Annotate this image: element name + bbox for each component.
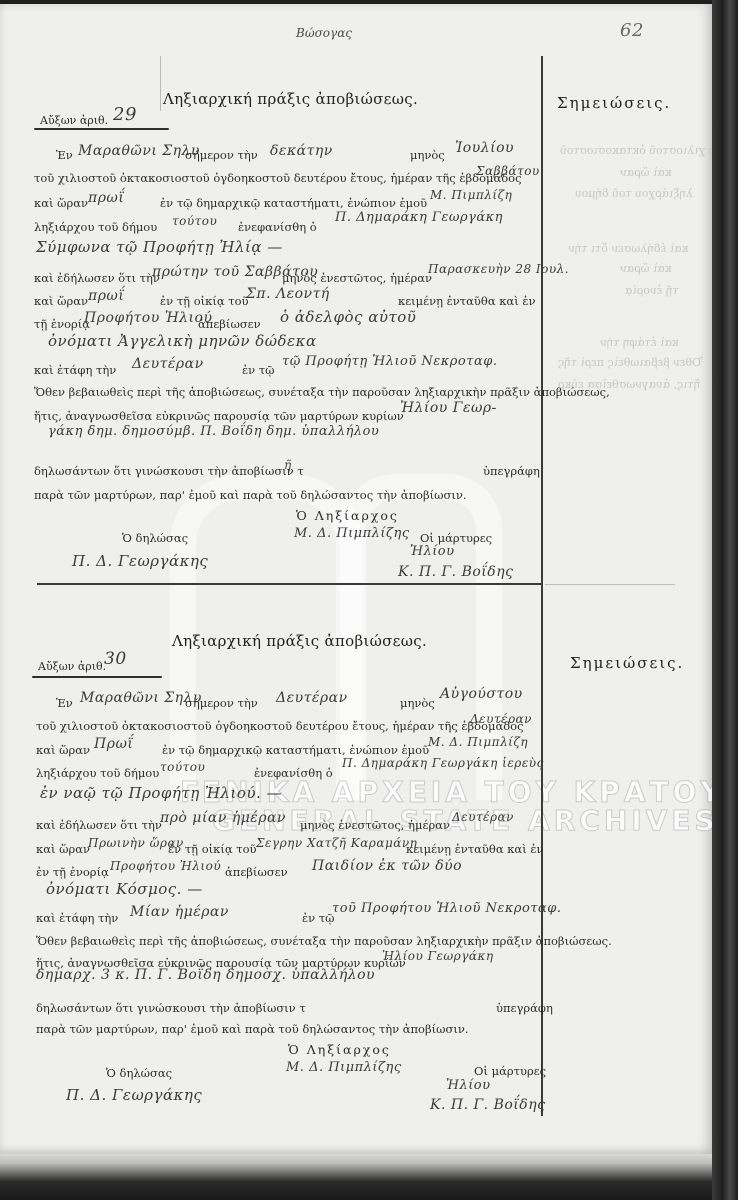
declarant-label: Ὁ δηλώσας bbox=[106, 1066, 172, 1080]
field-hour: πρωΐ bbox=[88, 190, 124, 206]
line-text: παρὰ τῶν μαρτύρων, παρ' ἐμοῦ καὶ παρὰ το… bbox=[34, 488, 467, 502]
field-registrar: Μ. Πιμπλίζη bbox=[430, 188, 512, 202]
handwritten-header: Βώσογας bbox=[296, 26, 352, 40]
ghost-text: καὶ ἐδήλωσεν ὅτι τὴν bbox=[568, 242, 688, 255]
line-text: ἥτις, ἀναγνωσθεῖσα εὐκρινῶς παρουσίᾳ τῶν… bbox=[34, 409, 404, 423]
line-label: τῇ ἐνορίᾳ bbox=[34, 317, 90, 331]
witnesses-label: Οἱ μάρτυρες bbox=[474, 1064, 546, 1078]
serial-number: 30 bbox=[104, 649, 127, 669]
line-label: καὶ ἐτάφη τὴν bbox=[36, 911, 118, 925]
line-label: μηνὸς ἐνεστῶτος, ἡμέραν bbox=[300, 818, 450, 832]
serial-column-divider bbox=[160, 56, 161, 111]
witnesses-label: Οἱ μάρτυρες bbox=[420, 531, 492, 545]
document-page: ΓΕΝΙΚΑ ΑΡΧΕΙΑ ΤΟΥ ΚΡΑΤΟΥΣ GENERAL STATE … bbox=[0, 4, 712, 1154]
page-bottom-edge bbox=[0, 1154, 712, 1200]
field-parish: Προφήτου Ἠλιού bbox=[110, 859, 221, 873]
line-text: δηλωσάντων ὅτι γινώσκουσι τὴν ἀποβίωσιν … bbox=[34, 464, 304, 478]
line-label: καὶ ὥραν bbox=[36, 743, 90, 757]
line-text: ὑπεγράφη bbox=[496, 1001, 553, 1015]
line-label: σήμερον τὴν bbox=[185, 696, 258, 710]
field-municipality: τούτου bbox=[172, 214, 217, 228]
book-binding-edge bbox=[712, 0, 738, 1200]
field-hour: Πρωΐ bbox=[94, 736, 133, 752]
field-month: Αὐγούστου bbox=[440, 686, 523, 702]
field-burial-date: Δευτέραν bbox=[132, 356, 204, 372]
line-text: παρὰ τῶν μαρτύρων, παρ' ἐμοῦ καὶ παρὰ το… bbox=[36, 1022, 469, 1036]
line-label: ἐνεφανίσθη ὁ bbox=[254, 766, 333, 780]
line-label: ἐν τῇ ἐνορίᾳ bbox=[36, 865, 109, 879]
field-death-hour: πρωΐ bbox=[88, 288, 124, 304]
line-text: ἐν τῷ δημαρχικῷ καταστήματι, ἐνώπιον ἐμο… bbox=[160, 196, 427, 210]
registrar-label: Ὁ Ληξίαρχος bbox=[288, 1042, 391, 1057]
line-label: μηνὸς bbox=[400, 696, 435, 710]
ghost-text: ληξιάρχου τοῦ δήμου bbox=[575, 187, 693, 200]
serial-label: Αὔξων ἀριθ. bbox=[38, 660, 106, 673]
field-death-day: Δευτέραν bbox=[452, 810, 514, 824]
line-label: καὶ ἐδήλωσεν ὅτι τὴν bbox=[34, 271, 160, 285]
line-text: κειμένῃ ἐνταῦθα καὶ ἐν bbox=[406, 842, 544, 856]
line-label: καὶ ὥραν bbox=[34, 294, 88, 308]
ghost-text: τοῦ χιλιοστοῦ ὀκτακοσιοστοῦ bbox=[560, 144, 728, 157]
line-label: Ἐν bbox=[56, 696, 73, 710]
field-deceased: Παιδίον ἐκ τῶν δύο bbox=[312, 858, 462, 874]
field-weekday: Δευτέραν bbox=[470, 712, 532, 726]
notes-column-divider bbox=[541, 56, 543, 1116]
field-death-date: πρὸ μίαν ἡμέραν bbox=[160, 810, 286, 826]
field-continuation: ἐν ναῷ τῷ Προφήτῃ Ἠλιού. — bbox=[40, 784, 282, 802]
line-text: τοῦ χιλιοστοῦ ὀκτακοσιοστοῦ ὀγδοηκοστοῦ … bbox=[36, 719, 524, 733]
field-death-day: Παρασκευὴν 28 Ιουλ. bbox=[428, 262, 569, 276]
witness-signature: Κ. Π. Γ. Βοΐδης bbox=[430, 1097, 545, 1113]
field-witnesses: Ἠλίου Γεωργάκη bbox=[382, 949, 494, 963]
field-declarant: Π. Δημαράκη Γεωργάκη ἱερεὺς bbox=[342, 756, 544, 770]
ghost-text: τῇ ἐνορίᾳ bbox=[625, 284, 679, 297]
line-label: καὶ ἐτάφη τὴν bbox=[34, 363, 116, 377]
ghost-text: καὶ ὥραν bbox=[620, 262, 672, 275]
field-registrar: Μ. Δ. Πιμπλίζη bbox=[428, 735, 528, 749]
field-place: Μαραθῶνι Σηλυ bbox=[78, 143, 200, 159]
field-mark: ῆ bbox=[284, 458, 291, 472]
declarant-label: Ὁ δηλώσας bbox=[122, 531, 188, 545]
field-day: Δευτέραν bbox=[276, 690, 348, 706]
field-deceased-name: ὀνόματι Κόσμος. — bbox=[46, 880, 203, 898]
line-text: ὑπεγράφη bbox=[483, 464, 540, 478]
line-label: ἐν τῷ bbox=[242, 363, 275, 377]
field-deceased-name: ὀνόματι Ἀγγελικὴ μηνῶν δώδεκα bbox=[48, 332, 317, 350]
line-label: ἀπεβίωσεν bbox=[225, 865, 288, 879]
line-label: Ἐν bbox=[56, 148, 73, 162]
line-text: Ὅθεν βεβαιωθεὶς περὶ τῆς ἀποβιώσεως, συν… bbox=[36, 934, 612, 948]
page-number: 62 bbox=[620, 20, 644, 41]
registrar-label: Ὁ Ληξίαρχος bbox=[296, 508, 399, 523]
declarant-signature: Π. Δ. Γεωργάκης bbox=[72, 552, 208, 570]
notes-heading: Σημειώσεις. bbox=[570, 654, 684, 672]
serial-label: Αὔξων ἀριθ. bbox=[40, 114, 108, 127]
declarant-signature: Π. Δ. Γεωργάκης bbox=[66, 1086, 202, 1104]
line-label: ἀπεβίωσεν bbox=[198, 317, 261, 331]
record-separator-ghost bbox=[545, 584, 675, 585]
field-cemetery: τῷ Προφήτῃ Ἠλιοῦ Νεκροταφ. bbox=[282, 354, 497, 369]
line-label: καὶ ὥραν bbox=[34, 196, 88, 210]
serial-number: 29 bbox=[113, 104, 137, 125]
line-label: ληξιάρχου τοῦ δήμου bbox=[36, 766, 159, 780]
field-witnesses-cont: γάκη δημ. δημοσύμβ. Π. Βοΐδη δημ. ὑπαλλή… bbox=[48, 424, 379, 439]
line-label: ἐνεφανίσθη ὁ bbox=[238, 220, 317, 234]
line-label: ἐν τῇ οἰκίᾳ τοῦ bbox=[160, 294, 249, 308]
notes-heading: Σημειώσεις. bbox=[557, 94, 671, 112]
registrar-signature: Μ. Δ. Πιμπλίζης bbox=[286, 1060, 402, 1075]
field-witnesses: Ἠλίου Γεωρ- bbox=[400, 400, 497, 416]
witness-signature: Ἠλίου bbox=[446, 1078, 491, 1093]
field-witnesses-cont: δημαρχ. 3 κ. Π. Γ. Βοΐδη δημοσχ. ὑπαλλήλ… bbox=[36, 967, 375, 983]
serial-underline bbox=[34, 128, 169, 130]
witness-signature: Κ. Π. Γ. Βοΐδης bbox=[398, 564, 513, 580]
line-text: τοῦ χιλιοστοῦ ὀκτακοσιοστοῦ ὀγδοηκοστοῦ … bbox=[34, 171, 522, 185]
field-day: δεκάτην bbox=[270, 143, 333, 159]
line-text: κειμένῃ ἐνταῦθα καὶ ἐν bbox=[398, 294, 536, 308]
field-declarant: Π. Δημαράκη Γεωργάκη bbox=[335, 210, 503, 225]
field-burial-date: Μίαν ἡμέραν bbox=[130, 904, 229, 920]
field-cemetery: τοῦ Προφήτου Ἠλιοῦ Νεκροταφ. bbox=[332, 901, 562, 916]
form-title: Ληξιαρχική πράξις ἀποβιώσεως. bbox=[172, 632, 427, 650]
field-continuation: Σύμφωνα τῷ Προφήτῃ Ἠλίᾳ — bbox=[36, 238, 283, 256]
line-label: ἐν τῷ bbox=[302, 911, 335, 925]
line-label: καὶ ὥραν bbox=[36, 842, 90, 856]
field-weekday: Σαββάτου bbox=[476, 164, 540, 178]
ghost-text: Ὅθεν βεβαιωθεὶς περὶ τῆς bbox=[558, 356, 703, 369]
line-label: ἐν τῇ οἰκίᾳ τοῦ bbox=[168, 842, 257, 856]
line-text: δηλωσάντων ὅτι γινώσκουσι τὴν ἀποβίωσιν … bbox=[36, 1001, 306, 1015]
line-label: ληξιάρχου τοῦ δήμου bbox=[34, 220, 157, 234]
field-month: Ἰουλίου bbox=[455, 140, 514, 156]
line-text: Ὅθεν βεβαιωθεὶς περὶ τῆς ἀποβιώσεως, συν… bbox=[34, 385, 610, 399]
record-separator bbox=[37, 583, 543, 585]
field-house: Σεγρην Χατζῆ Καραμάνη bbox=[256, 836, 417, 850]
field-house: Σπ. Λεοντή bbox=[246, 286, 330, 302]
line-label: σήμερον τὴν bbox=[185, 148, 258, 162]
ghost-text: καὶ ὥραν bbox=[620, 166, 672, 179]
field-place: Μαραθῶνι Σηλυ bbox=[80, 690, 202, 706]
line-text: ἐν τῷ δημαρχικῷ καταστήματι, ἐνώπιον ἐμο… bbox=[162, 743, 429, 757]
field-parish: Προφήτου Ἠλιού bbox=[84, 310, 212, 326]
ghost-text: καὶ ἐτάφη τὴν bbox=[600, 336, 679, 349]
serial-underline bbox=[32, 676, 162, 678]
form-title: Ληξιαρχική πράξις ἀποβιώσεως. bbox=[163, 90, 418, 108]
line-label: μηνὸς bbox=[410, 148, 445, 162]
registrar-signature: Μ. Δ. Πιμπλίζης bbox=[294, 526, 410, 541]
line-label: καὶ ἐδήλωσεν ὅτι τὴν bbox=[36, 818, 162, 832]
line-label: μηνὸς ἐνεστῶτος, ἡμέραν bbox=[282, 271, 432, 285]
field-municipality: τούτου bbox=[160, 760, 205, 774]
witness-signature: Ἠλίου bbox=[410, 544, 455, 559]
field-deceased: ὁ ἀδελφὸς αὐτοῦ bbox=[280, 308, 416, 326]
